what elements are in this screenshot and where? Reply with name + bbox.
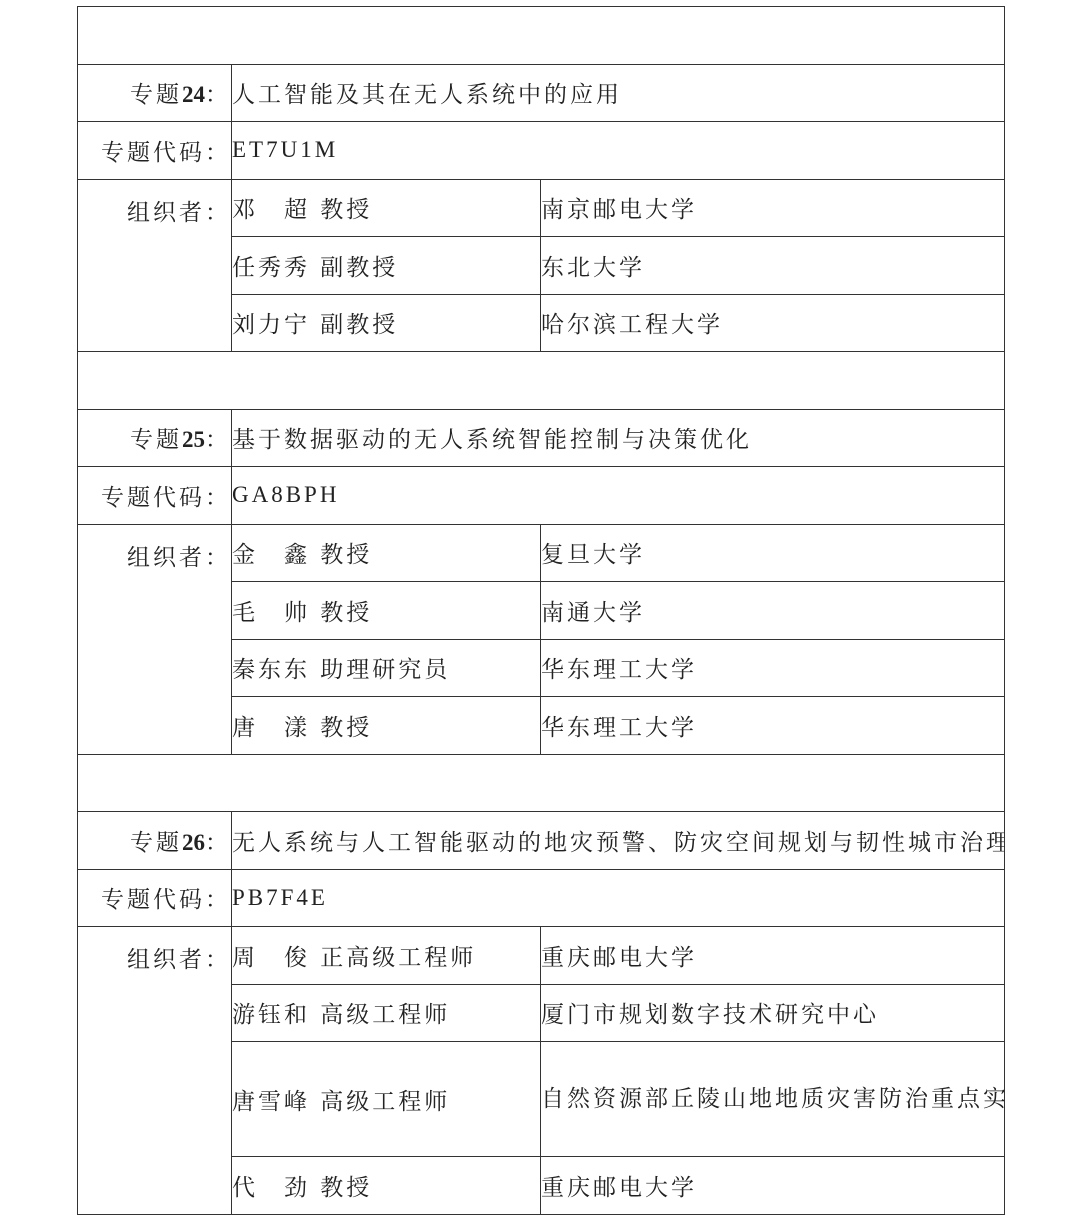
organizer-name: 毛 帅 教授 [232, 582, 541, 640]
code-label: 专题代码： [78, 869, 232, 927]
topic-24-title-row: 专题24： 人工智能及其在无人系统中的应用 [78, 64, 1005, 122]
organizer-name: 刘力宁 副教授 [232, 294, 541, 352]
topic-26-code-row: 专题代码： PB7F4E [78, 869, 1005, 927]
organizer-name: 任秀秀 副教授 [232, 237, 541, 295]
organizers-label: 组织者： [78, 524, 232, 754]
organizer-row: 组织者： 周 俊 正高级工程师 重庆邮电大学 [78, 927, 1005, 985]
organizer-name: 周 俊 正高级工程师 [232, 927, 541, 985]
organizer-org: 东北大学 [541, 237, 1005, 295]
code-label: 专题代码： [78, 467, 232, 525]
organizer-org: 南通大学 [541, 582, 1005, 640]
organizer-org: 华东理工大学 [541, 639, 1005, 697]
organizer-org: 重庆邮电大学 [541, 1157, 1005, 1215]
topic-code: PB7F4E [232, 869, 1005, 927]
organizer-org: 哈尔滨工程大学 [541, 294, 1005, 352]
organizer-row: 组织者： 金 鑫 教授 复旦大学 [78, 524, 1005, 582]
organizers-label: 组织者： [78, 927, 232, 1215]
organizer-name: 代 劲 教授 [232, 1157, 541, 1215]
topics-table: 专题24： 人工智能及其在无人系统中的应用 专题代码： ET7U1M 组织者： … [77, 6, 1005, 1215]
topic-title: 无人系统与人工智能驱动的地灾预警、防灾空间规划与韧性城市治理 [232, 812, 1005, 870]
organizer-name: 邓 超 教授 [232, 179, 541, 237]
organizers-label: 组织者： [78, 179, 232, 352]
organizer-name: 秦东东 助理研究员 [232, 639, 541, 697]
topic-code: ET7U1M [232, 122, 1005, 180]
organizer-name: 唐 漾 教授 [232, 697, 541, 755]
topic-label: 专题26： [78, 812, 232, 870]
organizer-name: 游钰和 高级工程师 [232, 984, 541, 1042]
organizer-name: 金 鑫 教授 [232, 524, 541, 582]
blank-row [78, 352, 1005, 410]
topic-label: 专题24： [78, 64, 232, 122]
organizer-row: 组织者： 邓 超 教授 南京邮电大学 [78, 179, 1005, 237]
topic-25-code-row: 专题代码： GA8BPH [78, 467, 1005, 525]
organizer-org: 南京邮电大学 [541, 179, 1005, 237]
topic-code: GA8BPH [232, 467, 1005, 525]
topic-label: 专题25： [78, 409, 232, 467]
topic-25-title-row: 专题25： 基于数据驱动的无人系统智能控制与决策优化 [78, 409, 1005, 467]
organizer-org: 复旦大学 [541, 524, 1005, 582]
topic-26-title-row: 专题26： 无人系统与人工智能驱动的地灾预警、防灾空间规划与韧性城市治理 [78, 812, 1005, 870]
blank-row [78, 7, 1005, 65]
organizer-org: 华东理工大学 [541, 697, 1005, 755]
topic-title: 基于数据驱动的无人系统智能控制与决策优化 [232, 409, 1005, 467]
topic-24-code-row: 专题代码： ET7U1M [78, 122, 1005, 180]
organizer-org: 厦门市规划数字技术研究中心 [541, 984, 1005, 1042]
topic-title: 人工智能及其在无人系统中的应用 [232, 64, 1005, 122]
code-label: 专题代码： [78, 122, 232, 180]
organizer-org: 重庆邮电大学 [541, 927, 1005, 985]
organizer-org: 自然资源部丘陵山地地质灾害防治重点实验室 [541, 1042, 1005, 1157]
blank-row [78, 754, 1005, 812]
organizer-name: 唐雪峰 高级工程师 [232, 1042, 541, 1157]
